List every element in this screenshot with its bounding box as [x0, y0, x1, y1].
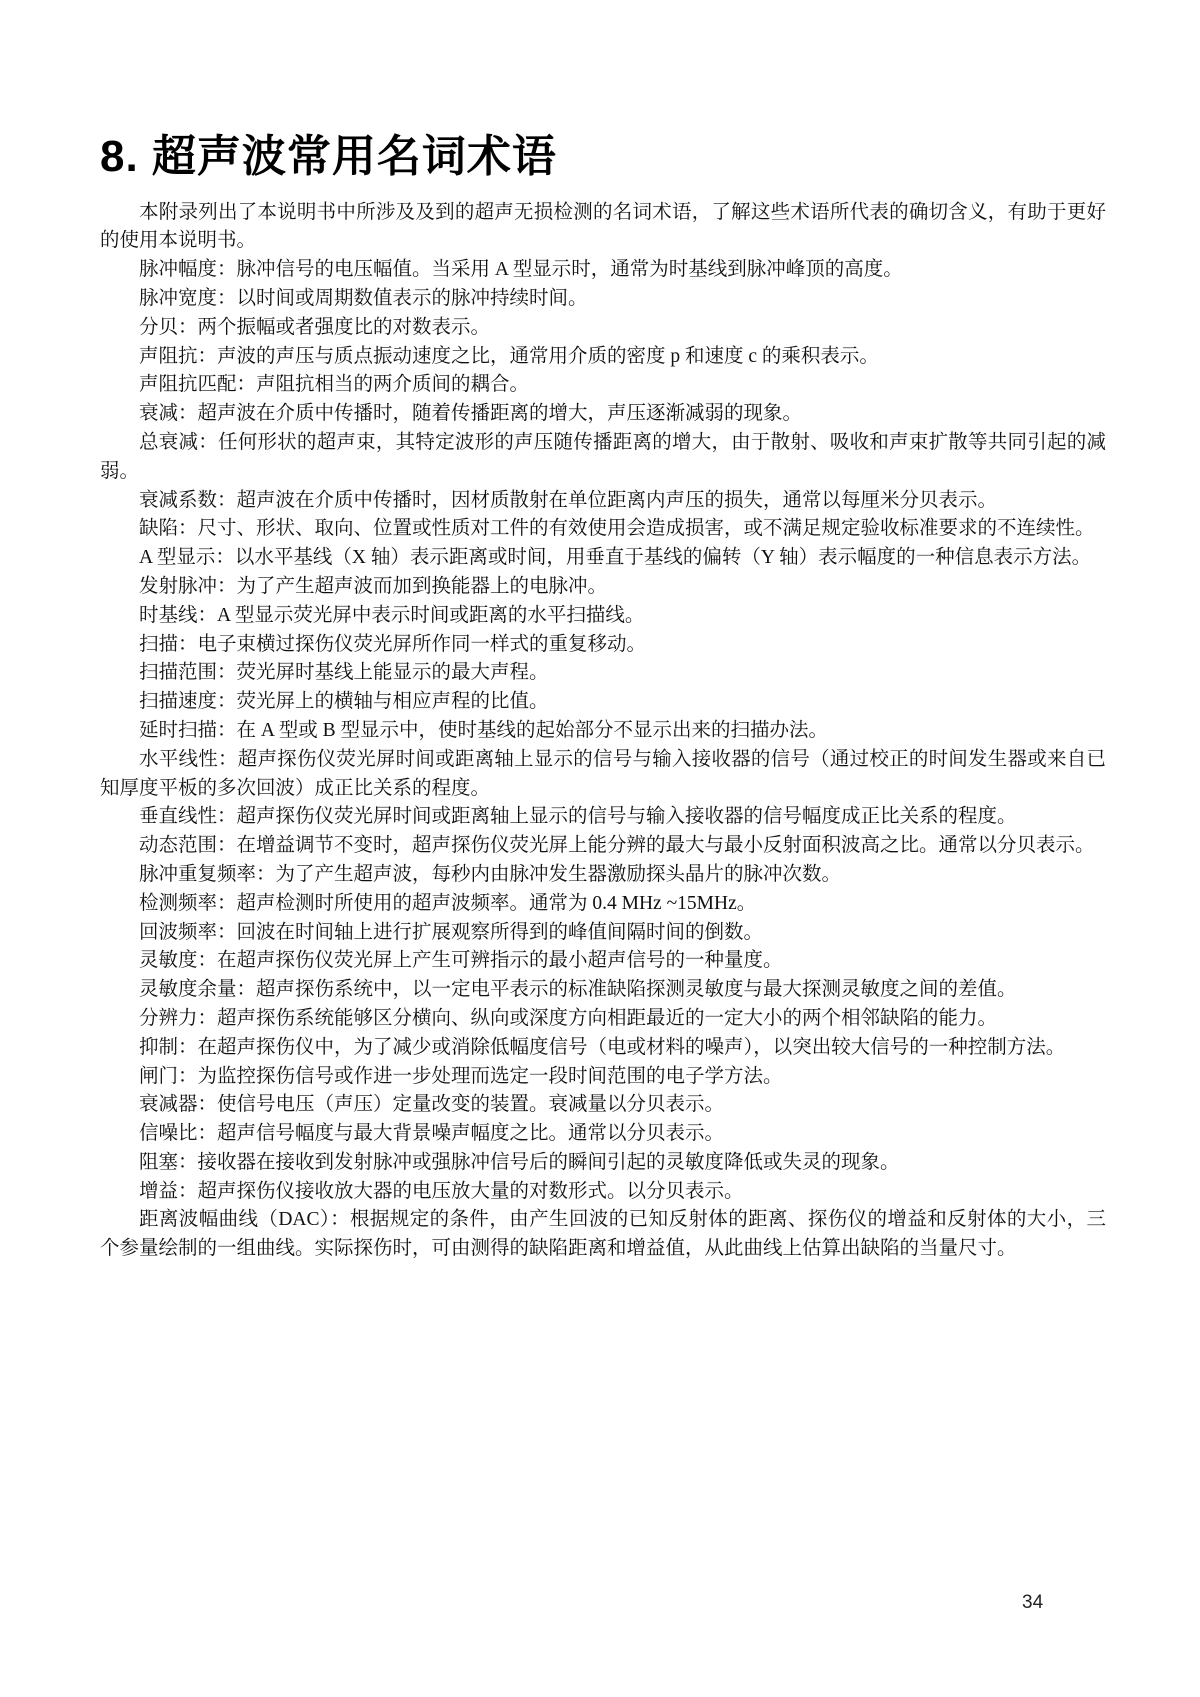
term-entry: 扫描：电子束横过探伤仪荧光屏所作同一样式的重复移动。 [100, 631, 1106, 660]
term-definition: 超声探伤系统中，以一定电平表示的标准缺陷探测灵敏度与最大探测灵敏度之间的差值。 [256, 979, 1017, 1000]
term-definition: 回波在时间轴上进行扩展观察所得到的峰值间隔时间的倒数。 [237, 922, 764, 943]
term-definition: 在超声探伤仪荧光屏上产生可辨指示的最小超声信号的一种量度。 [217, 950, 783, 971]
term-entry: 距离波幅曲线（DAC）：根据规定的条件，由产生回波的已知反射体的距离、探伤仪的增… [100, 1206, 1106, 1264]
term-entry: 脉冲重复频率：为了产生超声波，每秒内由脉冲发生器激励探头晶片的脉冲次数。 [100, 861, 1106, 890]
term-name: 扫描速度： [139, 691, 237, 712]
term-name: 声阻抗匹配： [139, 374, 256, 395]
term-name: 水平线性： [139, 749, 238, 770]
term-entry: 衰减器：使信号电压（声压）定量改变的装置。衰减量以分贝表示。 [100, 1091, 1106, 1120]
term-entry: 缺陷：尺寸、形状、取向、位置或性质对工件的有效使用会造成损害，或不满足规定验收标… [100, 515, 1106, 544]
term-name: A 型显示： [139, 547, 235, 568]
term-name: 分辨力： [139, 1008, 217, 1029]
term-name: 声阻抗： [139, 346, 217, 367]
term-entry: 扫描速度：荧光屏上的横轴与相应声程的比值。 [100, 688, 1106, 717]
term-definition: A 型显示荧光屏中表示时间或距离的水平扫描线。 [217, 605, 644, 626]
term-definition: 超声探伤仪荧光屏时间或距离轴上显示的信号与输入接收器的信号幅度成正比关系的程度。 [237, 806, 1017, 827]
term-name: 阻塞： [139, 1152, 198, 1173]
term-entry: 时基线：A 型显示荧光屏中表示时间或距离的水平扫描线。 [100, 602, 1106, 631]
term-entry: 声阻抗：声波的声压与质点振动速度之比，通常用介质的密度 p 和速度 c 的乘积表… [100, 343, 1106, 372]
term-name: 发射脉冲： [139, 576, 237, 597]
term-definition: 在增益调节不变时，超声探伤仪荧光屏上能分辨的最大与最小反射面积波高之比。通常以分… [237, 835, 1095, 856]
term-definition: 超声波在介质中传播时，因材质散射在单位距离内声压的损失，通常以每厘米分贝表示。 [237, 490, 998, 511]
term-definition: 超声检测时所使用的超声波频率。通常为 0.4 MHz ~15MHz。 [237, 893, 757, 914]
term-entry: 脉冲幅度：脉冲信号的电压幅值。当采用 A 型显示时，通常为时基线到脉冲峰顶的高度… [100, 256, 1106, 285]
page-content: 8. 超声波常用名词术语 本附录列出了本说明书中所涉及及到的超声无损检测的名词术… [100, 132, 1106, 1264]
term-definition: 超声探伤仪接收放大器的电压放大量的对数形式。以分贝表示。 [198, 1181, 744, 1202]
term-definition: 尺寸、形状、取向、位置或性质对工件的有效使用会造成损害，或不满足规定验收标准要求… [198, 518, 1095, 539]
term-name: 总衰减： [139, 432, 218, 453]
term-name: 脉冲重复频率： [139, 864, 276, 885]
term-definition: 荧光屏上的横轴与相应声程的比值。 [237, 691, 549, 712]
term-definition: 两个振幅或者强度比的对数表示。 [198, 317, 491, 338]
term-name: 闸门： [139, 1066, 198, 1087]
term-entry: 衰减系数：超声波在介质中传播时，因材质散射在单位距离内声压的损失，通常以每厘米分… [100, 487, 1106, 516]
term-name: 抑制： [139, 1037, 198, 1058]
term-name: 垂直线性： [139, 806, 237, 827]
term-entry: A 型显示：以水平基线（X 轴）表示距离或时间，用垂直于基线的偏转（Y 轴）表示… [100, 544, 1106, 573]
term-definition: 超声探伤仪荧光屏时间或距离轴上显示的信号与输入接收器的信号（通过校正的时间发生器… [100, 749, 1106, 799]
term-definition: 以水平基线（X 轴）表示距离或时间，用垂直于基线的偏转（Y 轴）表示幅度的一种信… [235, 547, 1091, 568]
term-entry: 脉冲宽度：以时间或周期数值表示的脉冲持续时间。 [100, 285, 1106, 314]
term-name: 动态范围： [139, 835, 237, 856]
terms-list: 脉冲幅度：脉冲信号的电压幅值。当采用 A 型显示时，通常为时基线到脉冲峰顶的高度… [100, 256, 1106, 1264]
term-definition: 声波的声压与质点振动速度之比，通常用介质的密度 p 和速度 c 的乘积表示。 [217, 346, 879, 367]
term-definition: 在超声探伤仪中，为了减少或消除低幅度信号（电或材料的噪声），以突出较大信号的一种… [198, 1037, 1066, 1058]
term-entry: 总衰减：任何形状的超声束，其特定波形的声压随传播距离的增大，由于散射、吸收和声束… [100, 429, 1106, 487]
term-definition: 声阻抗相当的两介质间的耦合。 [256, 374, 529, 395]
document-page: 8. 超声波常用名词术语 本附录列出了本说明书中所涉及及到的超声无损检测的名词术… [0, 0, 1200, 1697]
term-name: 回波频率： [139, 922, 237, 943]
term-definition: 为了产生超声波，每秒内由脉冲发生器激励探头晶片的脉冲次数。 [276, 864, 842, 885]
term-name: 缺陷： [139, 518, 198, 539]
term-entry: 闸门：为监控探伤信号或作进一步处理而选定一段时间范围的电子学方法。 [100, 1063, 1106, 1092]
term-name: 灵敏度余量： [139, 979, 256, 1000]
term-name: 分贝： [139, 317, 198, 338]
term-name: 灵敏度： [139, 950, 217, 971]
term-entry: 增益：超声探伤仪接收放大器的电压放大量的对数形式。以分贝表示。 [100, 1178, 1106, 1207]
term-entry: 灵敏度：在超声探伤仪荧光屏上产生可辨指示的最小超声信号的一种量度。 [100, 947, 1106, 976]
term-entry: 水平线性：超声探伤仪荧光屏时间或距离轴上显示的信号与输入接收器的信号（通过校正的… [100, 746, 1106, 804]
term-entry: 分贝：两个振幅或者强度比的对数表示。 [100, 314, 1106, 343]
term-entry: 灵敏度余量：超声探伤系统中，以一定电平表示的标准缺陷探测灵敏度与最大探测灵敏度之… [100, 976, 1106, 1005]
term-entry: 信噪比：超声信号幅度与最大背景噪声幅度之比。通常以分贝表示。 [100, 1120, 1106, 1149]
term-name: 衰减系数： [139, 490, 237, 511]
term-entry: 阻塞：接收器在接收到发射脉冲或强脉冲信号后的瞬间引起的灵敏度降低或失灵的现象。 [100, 1149, 1106, 1178]
term-definition: 荧光屏时基线上能显示的最大声程。 [237, 662, 549, 683]
term-definition: 超声波在介质中传播时，随着传播距离的增大，声压逐渐减弱的现象。 [198, 403, 803, 424]
term-name: 信噪比： [139, 1123, 217, 1144]
term-definition: 电子束横过探伤仪荧光屏所作同一样式的重复移动。 [198, 634, 647, 655]
term-entry: 声阻抗匹配：声阻抗相当的两介质间的耦合。 [100, 371, 1106, 400]
term-definition: 在 A 型或 B 型显示中，使时基线的起始部分不显示出来的扫描办法。 [237, 720, 829, 741]
term-entry: 发射脉冲：为了产生超声波而加到换能器上的电脉冲。 [100, 573, 1106, 602]
term-entry: 动态范围：在增益调节不变时，超声探伤仪荧光屏上能分辨的最大与最小反射面积波高之比… [100, 832, 1106, 861]
term-name: 延时扫描： [139, 720, 237, 741]
term-name: 衰减器： [139, 1094, 217, 1115]
term-definition: 超声信号幅度与最大背景噪声幅度之比。通常以分贝表示。 [217, 1123, 724, 1144]
page-title: 8. 超声波常用名词术语 [100, 132, 1106, 183]
term-definition: 为了产生超声波而加到换能器上的电脉冲。 [237, 576, 608, 597]
term-name: 衰减： [139, 403, 198, 424]
page-number: 34 [1022, 1592, 1043, 1614]
term-definition: 任何形状的超声束，其特定波形的声压随传播距离的增大，由于散射、吸收和声束扩散等共… [100, 432, 1106, 482]
term-entry: 延时扫描：在 A 型或 B 型显示中，使时基线的起始部分不显示出来的扫描办法。 [100, 717, 1106, 746]
intro-paragraph: 本附录列出了本说明书中所涉及及到的超声无损检测的名词术语，了解这些术语所代表的确… [100, 199, 1106, 257]
term-entry: 衰减：超声波在介质中传播时，随着传播距离的增大，声压逐渐减弱的现象。 [100, 400, 1106, 429]
term-entry: 回波频率：回波在时间轴上进行扩展观察所得到的峰值间隔时间的倒数。 [100, 919, 1106, 948]
term-entry: 检测频率：超声检测时所使用的超声波频率。通常为 0.4 MHz ~15MHz。 [100, 890, 1106, 919]
term-name: 扫描范围： [139, 662, 237, 683]
term-name: 时基线： [139, 605, 217, 626]
term-entry: 分辨力：超声探伤系统能够区分横向、纵向或深度方向相距最近的一定大小的两个相邻缺陷… [100, 1005, 1106, 1034]
term-name: 脉冲宽度： [139, 288, 237, 309]
term-name: 脉冲幅度： [139, 259, 237, 280]
term-name: 增益： [139, 1181, 198, 1202]
term-entry: 垂直线性：超声探伤仪荧光屏时间或距离轴上显示的信号与输入接收器的信号幅度成正比关… [100, 803, 1106, 832]
term-definition: 脉冲信号的电压幅值。当采用 A 型显示时，通常为时基线到脉冲峰顶的高度。 [237, 259, 903, 280]
term-entry: 扫描范围：荧光屏时基线上能显示的最大声程。 [100, 659, 1106, 688]
term-definition: 接收器在接收到发射脉冲或强脉冲信号后的瞬间引起的灵敏度降低或失灵的现象。 [198, 1152, 900, 1173]
term-name: 检测频率： [139, 893, 237, 914]
term-definition: 为监控探伤信号或作进一步处理而选定一段时间范围的电子学方法。 [198, 1066, 783, 1087]
term-name: 扫描： [139, 634, 198, 655]
term-definition: 以时间或周期数值表示的脉冲持续时间。 [237, 288, 588, 309]
term-name: 距离波幅曲线（DAC）： [139, 1209, 350, 1230]
term-definition: 使信号电压（声压）定量改变的装置。衰减量以分贝表示。 [217, 1094, 724, 1115]
term-definition: 超声探伤系统能够区分横向、纵向或深度方向相距最近的一定大小的两个相邻缺陷的能力。 [217, 1008, 997, 1029]
term-entry: 抑制：在超声探伤仪中，为了减少或消除低幅度信号（电或材料的噪声），以突出较大信号… [100, 1034, 1106, 1063]
